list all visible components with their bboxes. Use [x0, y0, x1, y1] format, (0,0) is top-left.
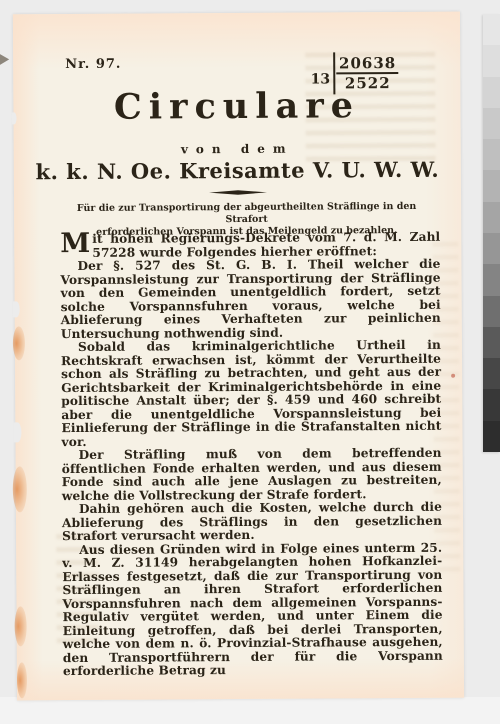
calibration-grayscale-strip	[483, 14, 500, 452]
swelled-rule-divider	[208, 190, 266, 195]
paragraph: Mit hohen Regierungs-Dekrete vom 7. d. M…	[60, 231, 440, 260]
grayscale-step	[483, 421, 500, 452]
grayscale-step	[483, 139, 500, 170]
docket-prefix: 13	[311, 59, 331, 87]
document-number: Nr. 97.	[65, 57, 121, 72]
grayscale-step	[483, 358, 500, 389]
grayscale-step	[483, 45, 500, 76]
stain-spot	[15, 606, 27, 646]
grayscale-step	[483, 108, 500, 139]
stain-spot	[13, 326, 25, 360]
stain-spot	[13, 466, 27, 512]
paragraph: Sobald das kriminalgerichtliche Urtheil …	[61, 339, 442, 449]
paragraph: Aus diesen Gründen wird in Folge eines u…	[62, 541, 443, 678]
grayscale-step	[483, 296, 500, 327]
paper-edge-notch	[13, 422, 21, 442]
grayscale-step	[483, 264, 500, 295]
paper-edge-notch	[0, 52, 9, 66]
paper-edge-notch	[13, 301, 20, 317]
stain-spot	[17, 662, 27, 698]
grayscale-step	[483, 233, 500, 264]
body-text: Mit hohen Regierungs-Dekrete vom 7. d. M…	[60, 231, 443, 679]
page-title: Circulare	[13, 88, 460, 126]
paragraph: Dahin gehören auch die Kosten, welche du…	[62, 501, 442, 544]
document-page: Nr. 97. 13 20638 2522 Circulare von dem …	[13, 12, 464, 701]
issuing-office: k. k. N. Oe. Kreisamte V. U. W. W.	[14, 157, 461, 185]
grayscale-step	[483, 202, 500, 233]
grayscale-step	[483, 389, 500, 420]
scan-background: Nr. 97. 13 20638 2522 Circulare von dem …	[0, 0, 500, 724]
paragraph: Der §. 527 des St. G. B. I. Theil welche…	[60, 258, 440, 341]
grayscale-step	[483, 14, 500, 45]
grayscale-step	[483, 327, 500, 358]
paragraph: Der Sträfling muß von dem betreffenden ö…	[62, 447, 442, 503]
grayscale-step	[483, 170, 500, 201]
grayscale-step	[483, 77, 500, 108]
summary-line: Für die zur Transportirung der abgeurthe…	[62, 201, 431, 227]
docket-numerator: 20638	[335, 55, 400, 71]
